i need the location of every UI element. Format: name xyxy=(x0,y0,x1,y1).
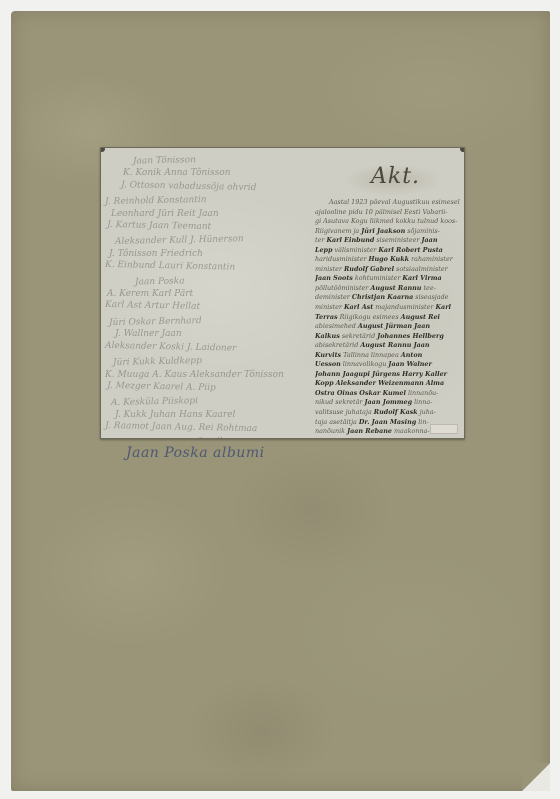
body-text: majandusminister xyxy=(373,303,435,311)
body-text: Riigikogu esimees xyxy=(338,313,401,321)
name-text: Jaan xyxy=(414,322,430,330)
body-text: taja asetäitja xyxy=(315,418,359,426)
name-text: Rudolf Kask xyxy=(374,408,418,416)
name-text: Karl Robert Pusta xyxy=(378,246,443,254)
body-text: siseasjade xyxy=(413,293,448,301)
body-text: Tallinna linnapea xyxy=(341,351,401,359)
body-text: deminister xyxy=(315,293,352,301)
name-text: Rudolf Gabrel xyxy=(344,265,394,273)
text-line: ajalooline pidu 10 pälmisel Eesti Vabari… xyxy=(315,208,461,218)
text-line: nikud sekretär Jaan Jommeg linna- xyxy=(315,398,461,408)
body-text: minister xyxy=(315,303,344,311)
name-text: Ostra Oinas xyxy=(315,389,357,397)
name-text: Jaan Walner xyxy=(388,360,431,368)
name-text: Jaan Rebane xyxy=(347,427,392,435)
name-text: Kopp xyxy=(315,379,334,387)
name-text: Dr. Jaan Masing xyxy=(359,418,416,426)
body-text: lin- xyxy=(416,418,428,426)
body-text: põllutööminister xyxy=(315,284,370,292)
text-line: Kurvits Tallinna linnapea Anton xyxy=(315,351,461,361)
body-text: sõjaminis- xyxy=(405,227,440,235)
body-text: linnavolikogu xyxy=(341,360,389,368)
name-text: Uesson xyxy=(315,360,341,368)
name-text: August Rannu xyxy=(370,284,421,292)
body-text: tee- xyxy=(421,284,435,292)
text-line: Uesson linnavolikogu Jaan Walner xyxy=(315,360,461,370)
name-text: Lepp xyxy=(315,246,333,254)
name-text: Karl Virma xyxy=(402,274,441,282)
mounted-photograph: Jaan TõnissonK. Konik Anna TõnissonJ. Ot… xyxy=(100,147,465,439)
name-text: Jaan Soots xyxy=(315,274,353,282)
name-text: August Rannu Jaan xyxy=(360,341,429,349)
text-line: Jaan Soots kohtuminister Karl Virma xyxy=(315,274,461,284)
body-text: sotsiaalminister xyxy=(394,265,448,273)
body-text: nikud sekretär xyxy=(315,398,365,406)
body-text: minister xyxy=(315,265,344,273)
text-line: gi Asutava Kogu liikmed kokku tulnud koo… xyxy=(315,217,461,227)
name-text: Terras xyxy=(315,313,338,321)
body-text: rahaminister xyxy=(409,255,453,263)
name-text: Johann Jaagupi Jürgens Harry Kaller xyxy=(315,370,447,378)
body-text: linnanõu- xyxy=(406,389,438,397)
text-line: Kopp Aleksander Weizenmann Alma xyxy=(315,379,461,389)
body-text: Riigivanem ja xyxy=(315,227,361,235)
body-text: valitsuse esimees xyxy=(315,437,374,439)
name-text: August Rei xyxy=(401,313,440,321)
text-line: Riigivanem ja Jüri Jaakson sõjaminis- xyxy=(315,227,461,237)
signature-block: Jaan TõnissonK. Konik Anna TõnissonJ. Ot… xyxy=(105,154,305,430)
name-text: Aleksander Weizenmann xyxy=(336,379,424,387)
body-text: linna- xyxy=(412,398,432,406)
body-text: välisminister xyxy=(333,246,379,254)
body-text: haridusminister xyxy=(315,255,369,263)
text-line: Ostra Oinas Oskar Kumel linnanõu- xyxy=(315,389,461,399)
name-text: Christjan Kaarna xyxy=(352,293,413,301)
title-block: Akt. xyxy=(351,160,441,200)
body-text: valitsuse juhataja xyxy=(315,408,374,416)
name-text: Karl xyxy=(436,303,452,311)
body-text: ajalooline pidu 10 pälmisel Eesti Vabari… xyxy=(315,208,448,216)
name-text: Oskar Kumel xyxy=(359,389,406,397)
text-line: Aastal 1923 päeval Augustikuu esimesel xyxy=(315,198,461,208)
name-text: Jaan Jommeg xyxy=(365,398,413,406)
body-text: abisekretärid xyxy=(315,341,360,349)
name-text: Anton xyxy=(401,351,422,359)
text-line: valitsuse esimees Johannes Kandal ülem xyxy=(315,437,461,439)
text-line: haridusminister Hugo Kukk rahaminister xyxy=(315,255,461,265)
body-text: gi Asutava Kogu liikmed kokku tulnud koo… xyxy=(315,217,457,225)
name-text: Karl Ast xyxy=(344,303,373,311)
name-text: August Jürman xyxy=(358,322,412,330)
text-line: abisekretärid August Rannu Jaan xyxy=(315,341,461,351)
body-text: Aastal 1923 päeval Augustikuu esimesel xyxy=(329,198,460,206)
calligraphic-text: Aastal 1923 päeval Augustikuu esimeselaj… xyxy=(315,198,461,439)
archive-stamp xyxy=(430,424,458,434)
text-line: Kalkus sekretärid Johannes Hellberg xyxy=(315,332,461,342)
text-line: põllutööminister August Rannu tee- xyxy=(315,284,461,294)
text-line: Lepp välisminister Karl Robert Pusta xyxy=(315,246,461,256)
body-text: maakonna- xyxy=(392,427,430,435)
body-text: siseministeer xyxy=(374,236,421,244)
handwritten-caption: Jaan Poska albumi xyxy=(126,445,265,461)
text-line: Terras Riigikogu esimees August Rei xyxy=(315,313,461,323)
body-text: ülem xyxy=(434,437,452,439)
photo-corner-pin-icon xyxy=(100,147,105,152)
text-line: ter Karl Einbund siseministeer Jaan xyxy=(315,236,461,246)
body-text: kohtuminister xyxy=(353,274,403,282)
text-line: minister Rudolf Gabrel sotsiaalminister xyxy=(315,265,461,275)
body-text: ter xyxy=(315,236,326,244)
curled-corner xyxy=(522,763,550,791)
text-line: minister Karl Ast majandusminister Karl xyxy=(315,303,461,313)
body-text: nanõunik xyxy=(315,427,347,435)
text-line: Johann Jaagupi Jürgens Harry Kaller xyxy=(315,370,461,380)
text-line: deminister Christjan Kaarna siseasjade xyxy=(315,293,461,303)
body-text: abiesimehed xyxy=(315,322,358,330)
name-text: Kurvits xyxy=(315,351,341,359)
name-text: Hugo Kukk xyxy=(369,255,410,263)
name-text: Johannes Hellberg xyxy=(377,332,444,340)
body-text: sekretärid xyxy=(340,332,377,340)
text-line: abiesimehed August Jürman Jaan xyxy=(315,322,461,332)
name-text: Alma xyxy=(426,379,444,387)
name-text: Johannes Kandal xyxy=(374,437,435,439)
name-text: Kalkus xyxy=(315,332,340,340)
document-title: Akt. xyxy=(371,164,420,189)
text-line: valitsuse juhataja Rudolf Kask juha- xyxy=(315,408,461,418)
name-text: Jaan xyxy=(422,236,438,244)
photo-corner-pin-icon xyxy=(460,147,465,152)
name-text: Jüri Jaakson xyxy=(361,227,405,235)
body-text: juha- xyxy=(418,408,436,416)
name-text: Karl Einbund xyxy=(326,236,374,244)
